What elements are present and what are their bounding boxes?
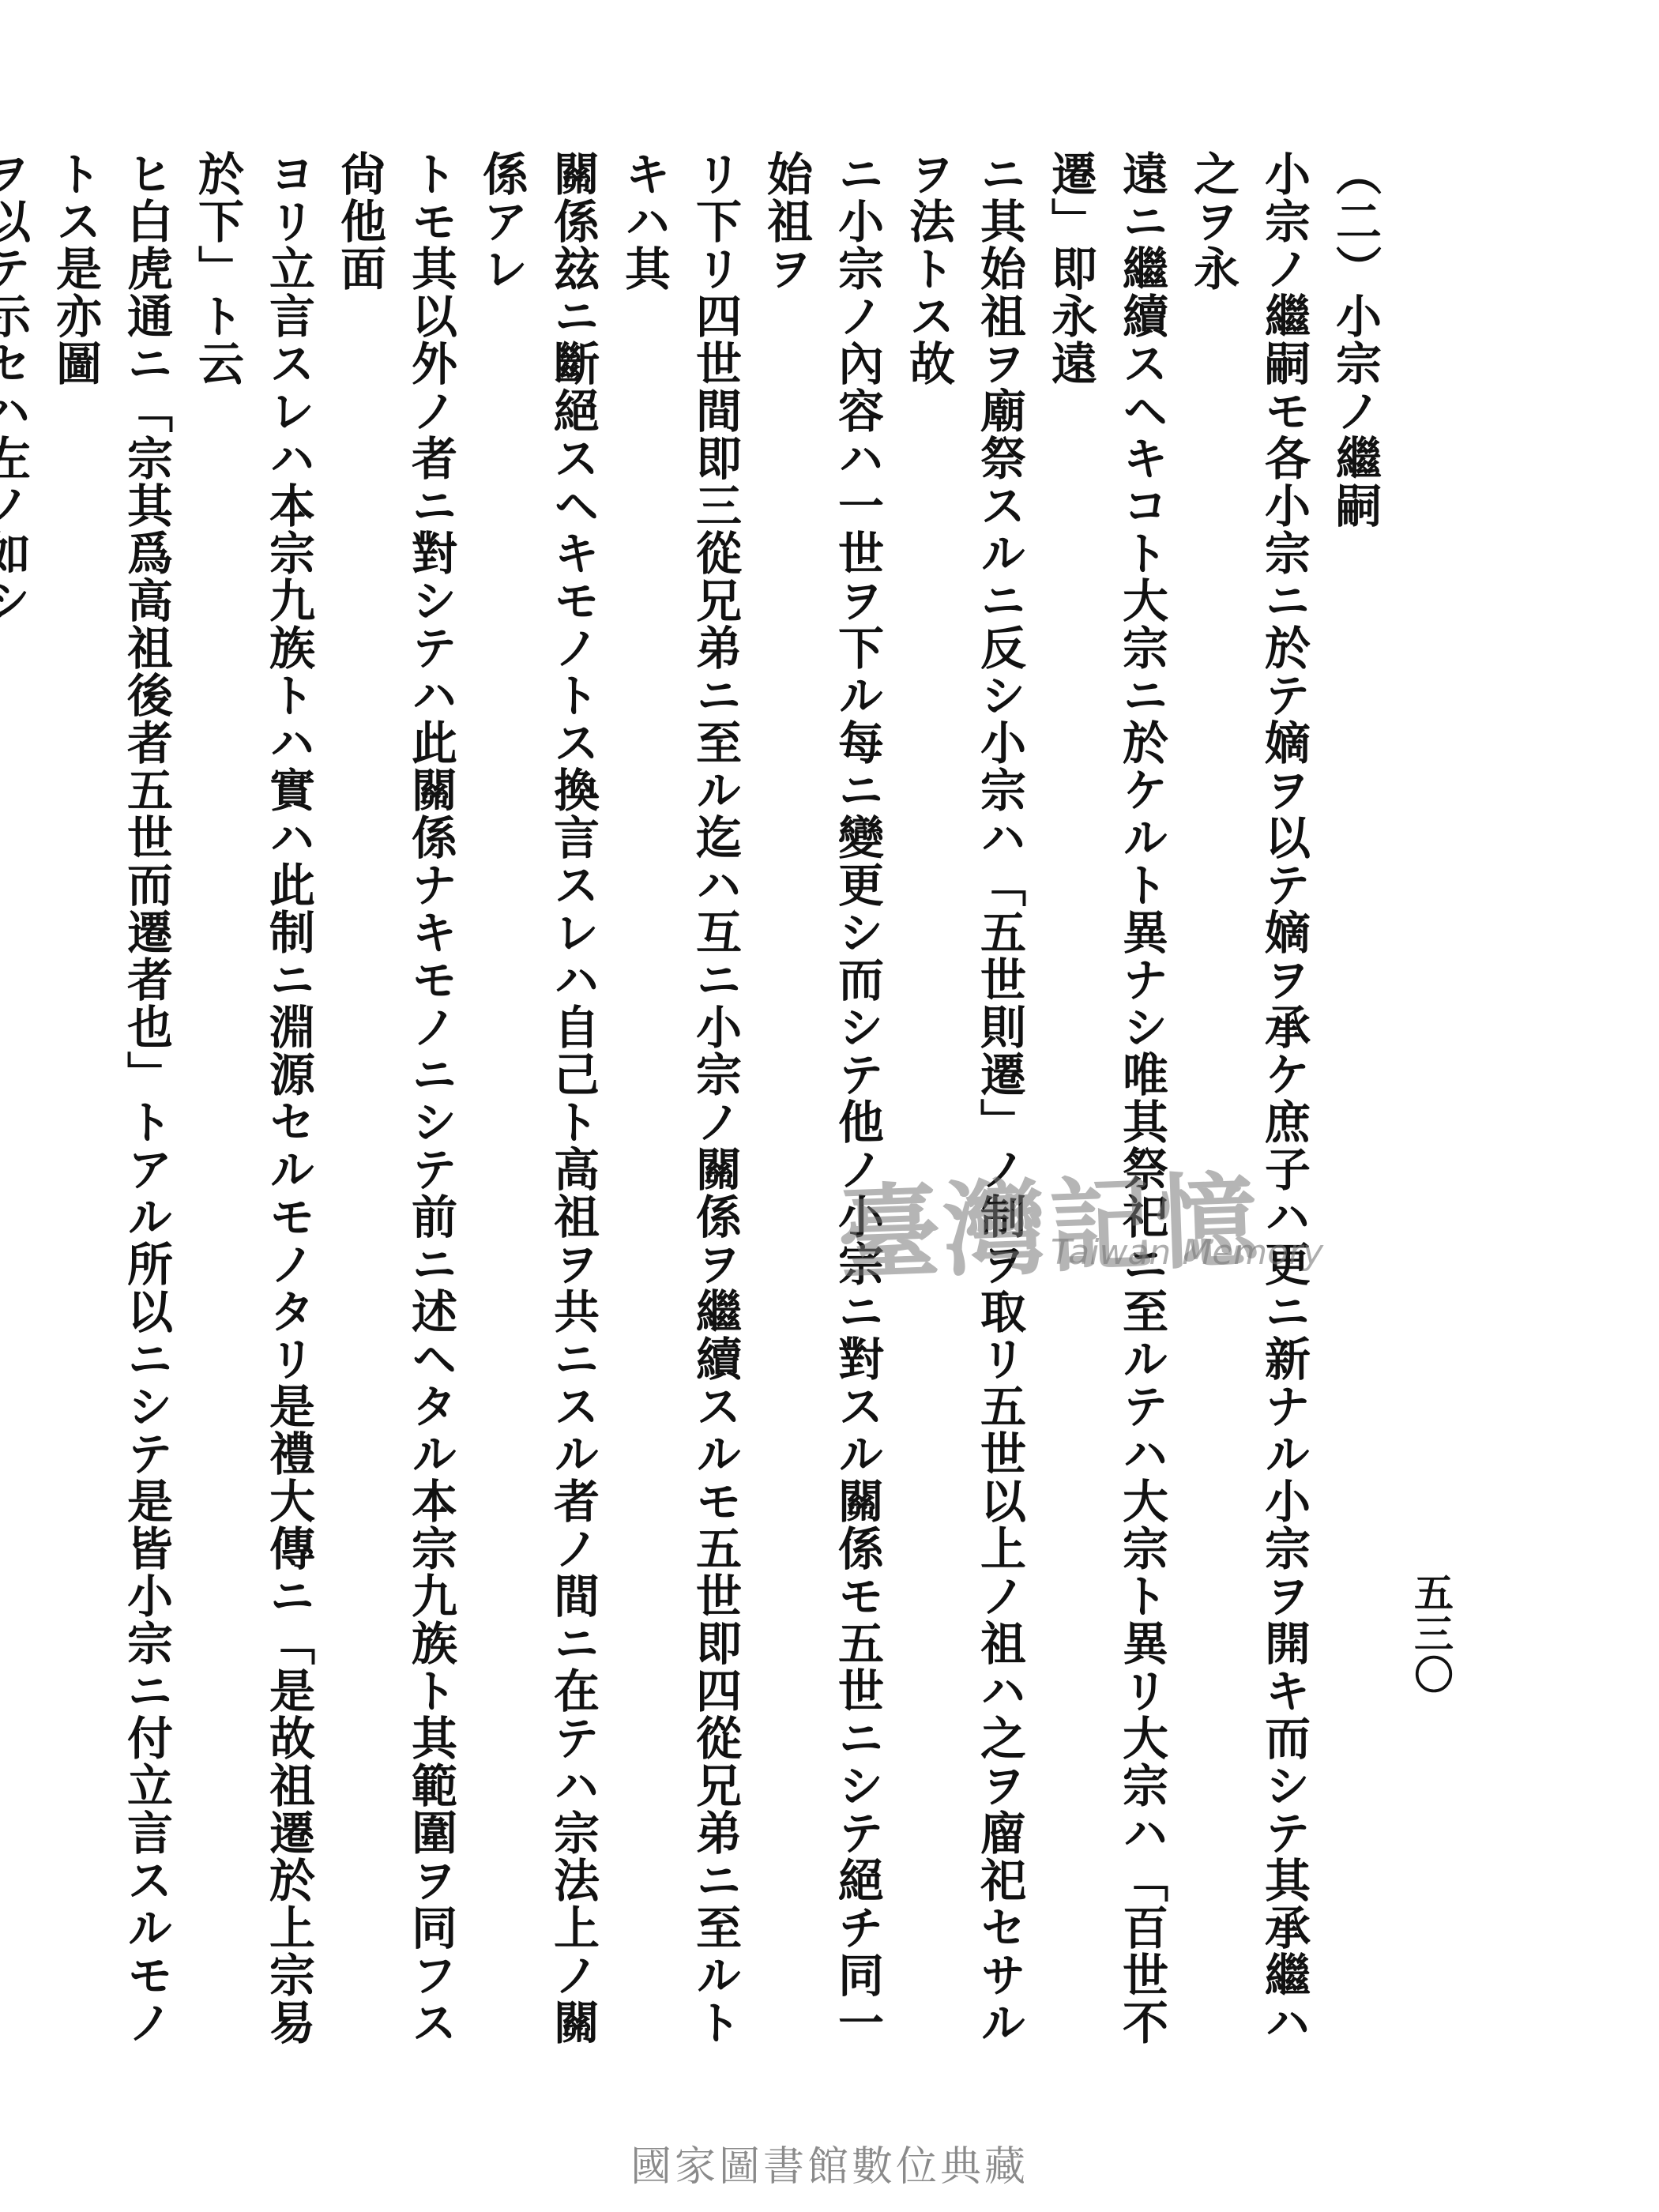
text-column: トモ其以外ノ者ニ對シテハ此關係ナキモノニシテ前ニ述ヘタル本宗九族ト其範圍ヲ同フス… bbox=[324, 150, 466, 2046]
watermark-subtext: Taiwan Memory bbox=[1051, 1232, 1323, 1273]
text-column: リ下リ四世間即三從兄弟ニ至ル迄ハ互ニ小宗ノ關係ヲ繼續スルモ五世即四從兄弟ニ至ルト… bbox=[608, 150, 750, 2046]
page-number: 五三〇 bbox=[1402, 1572, 1459, 1695]
text-column: 關係玆ニ斷絕スヘキモノトス換言スレハ自己ト高祖ヲ共ニスル者ノ間ニ在テハ宗法上ノ關… bbox=[466, 150, 608, 2046]
text-column: ヨリ立言スレハ本宗九族トハ實ハ此制ニ淵源セルモノタリ是禮大傳ニ「是故祖遷於上宗易… bbox=[182, 150, 324, 2046]
scanned-page: （二）小宗ノ繼嗣 小宗ノ繼嗣モ各小宗ニ於テ嫡ヲ以テ嫡ヲ承ケ庶子ハ更ニ新ナル小宗ヲ… bbox=[0, 0, 1659, 2212]
text-column: ヒ白虎通ニ「宗其爲高祖後者五世而遷者也」トアル所以ニシテ是皆小宗ニ付立言スルモノ… bbox=[39, 150, 182, 2046]
text-column: ヲ以テ示セハ左ノ如シ bbox=[0, 150, 39, 2046]
section-heading: （二）小宗ノ繼嗣 bbox=[1319, 150, 1390, 2046]
vertical-text-body: （二）小宗ノ繼嗣 小宗ノ繼嗣モ各小宗ニ於テ嫡ヲ以テ嫡ヲ承ケ庶子ハ更ニ新ナル小宗ヲ… bbox=[0, 150, 1390, 2046]
text-column: 小宗ノ繼嗣モ各小宗ニ於テ嫡ヲ以テ嫡ヲ承ケ庶子ハ更ニ新ナル小宗ヲ開キ而シテ其承繼ハ… bbox=[1177, 150, 1319, 2046]
text-column: ニ小宗ノ內容ハ一世ヲ下ル每ニ變更シ而シテ他ノ小宗ニ對スル關係モ五世ニシテ絕チ同一… bbox=[750, 150, 893, 2046]
text-column: ニ其始祖ヲ廟祭スルニ反シ小宗ハ「五世則遷」ノ制ヲ取リ五世以上ノ祖ハ之ヲ廇祀セサル… bbox=[893, 150, 1035, 2046]
footer-credit: 國家圖書館數位典藏 bbox=[0, 2133, 1659, 2192]
watermark-logo: 臺灣記憶 bbox=[835, 1138, 1263, 1301]
text-column: 遠ニ繼續スヘキコト大宗ニ於ケルト異ナシ唯其祭祀ニ至ルテハ大宗ト異リ大宗ハ「百世不… bbox=[1035, 150, 1177, 2046]
